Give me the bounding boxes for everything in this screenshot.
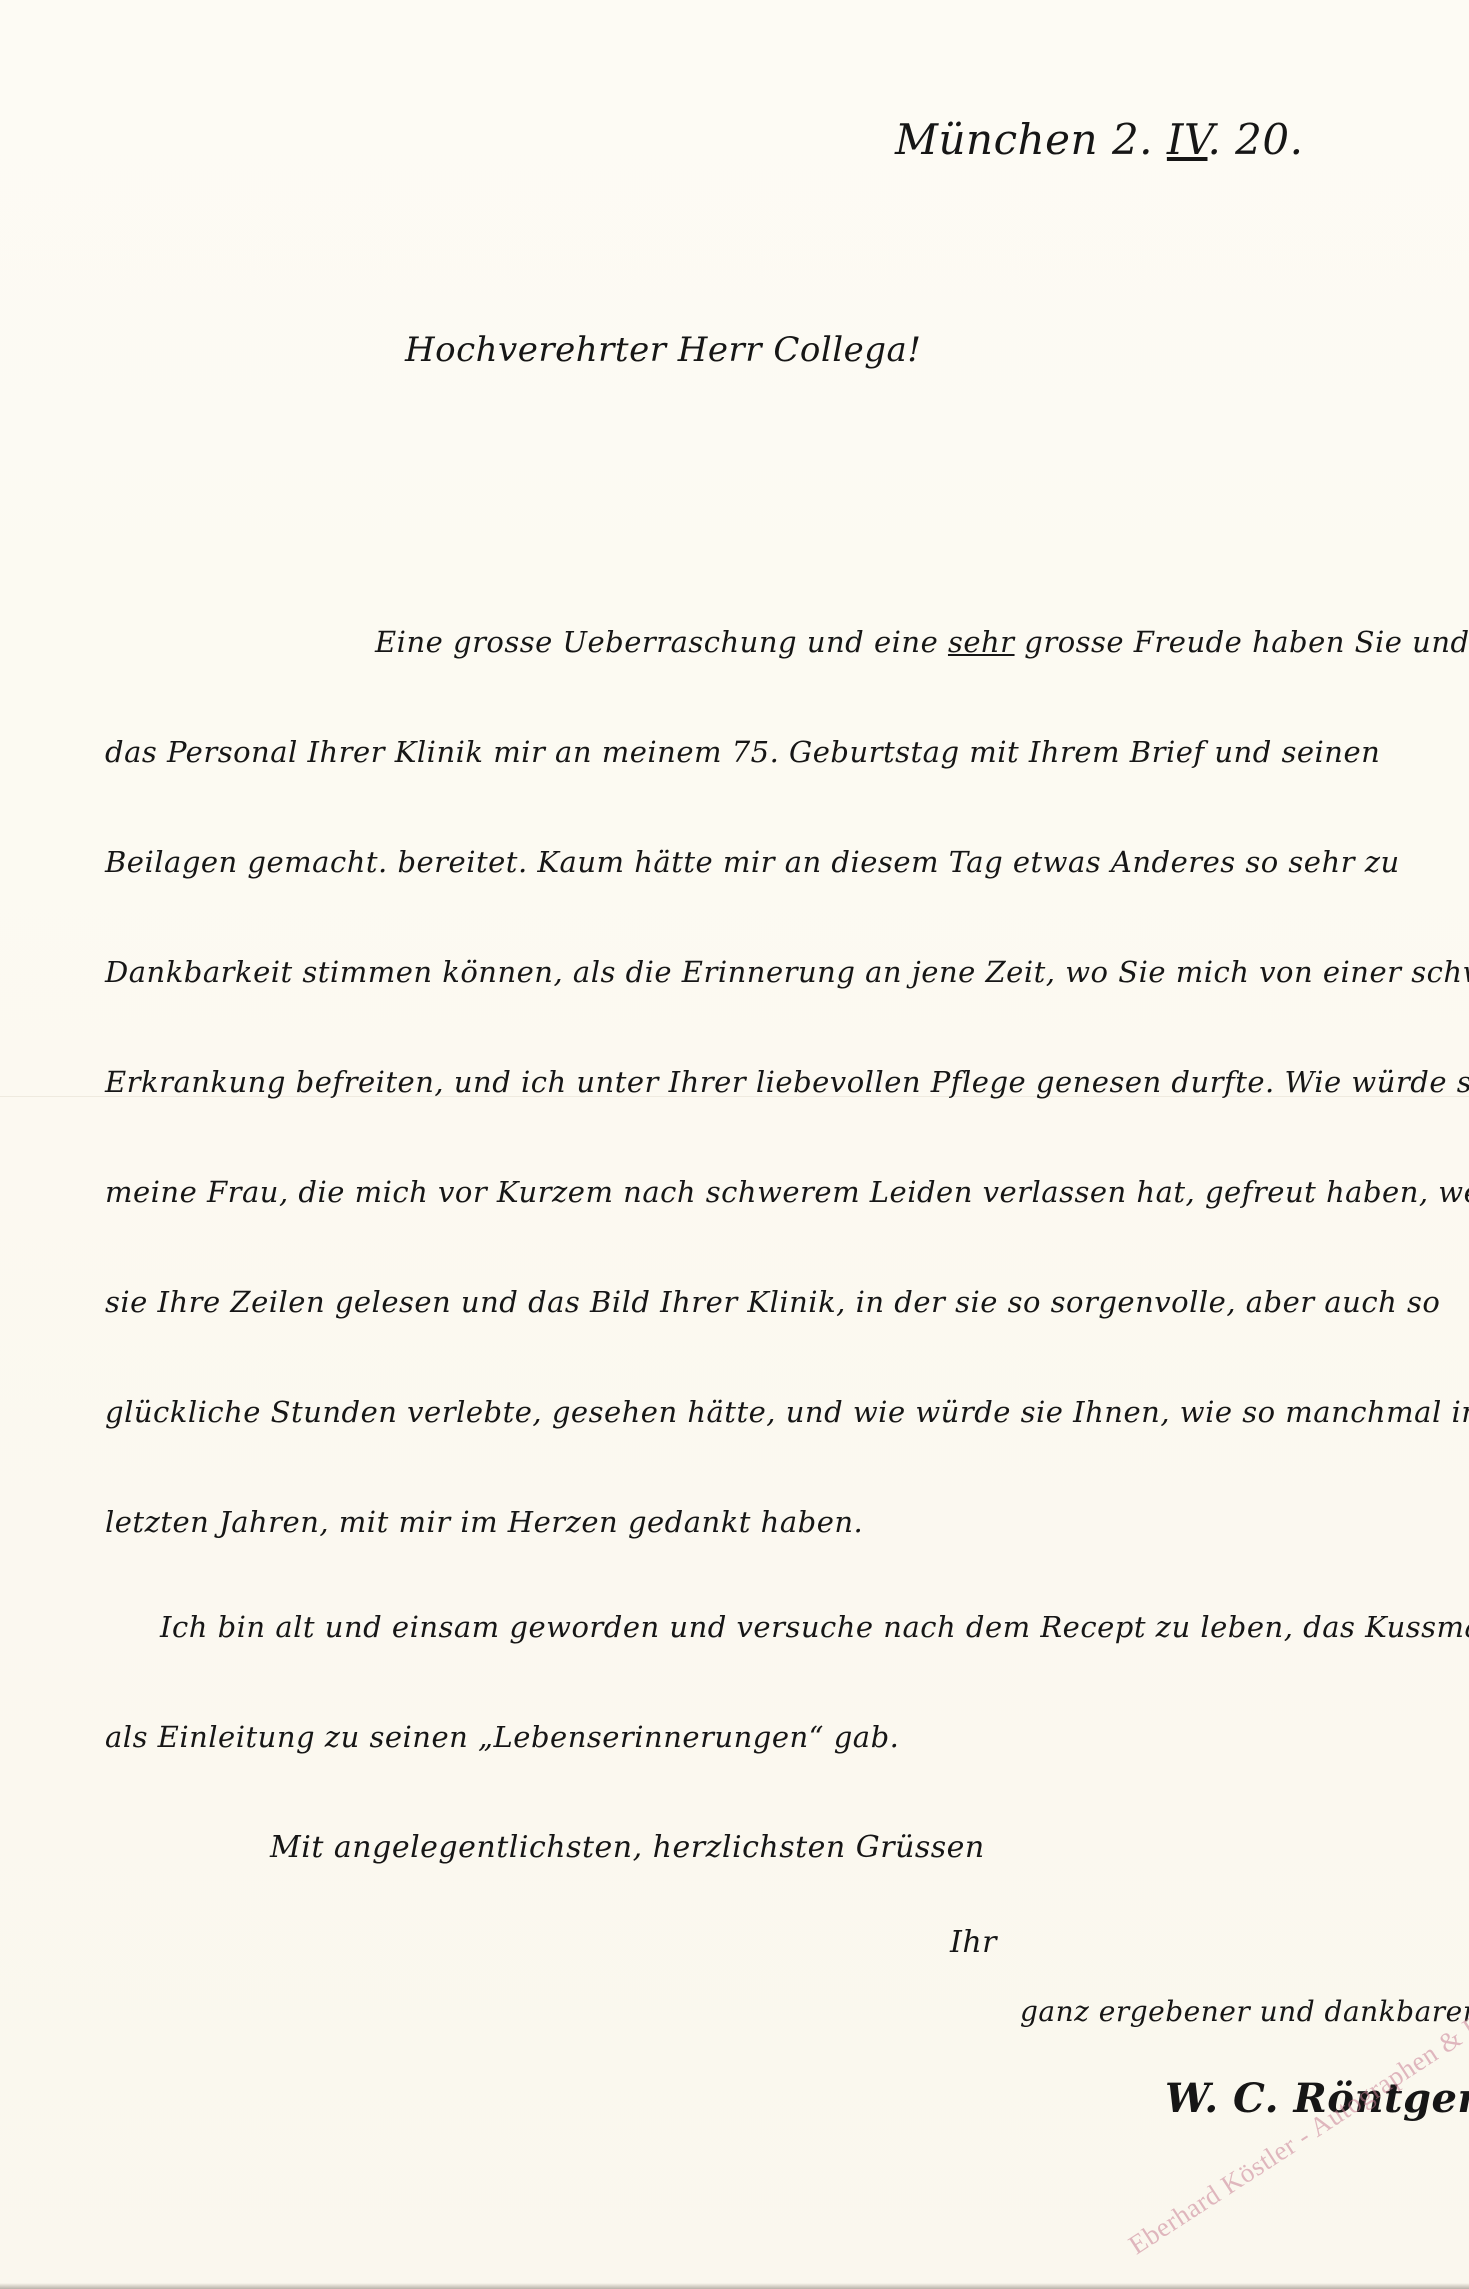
body-line: als Einleitung zu seinen „Lebenserinneru…	[105, 1720, 899, 1754]
day: 2.	[1112, 115, 1153, 164]
body-line: Ich bin alt und einsam geworden und vers…	[160, 1610, 1469, 1644]
place: München	[895, 115, 1098, 164]
body-line: sie Ihre Zeilen gelesen und das Bild Ihr…	[105, 1285, 1440, 1319]
place-date: München 2. IV. 20.	[895, 115, 1303, 164]
body-line: Erkrankung befreiten, und ich unter Ihre…	[105, 1065, 1469, 1099]
letter-page: München 2. IV. 20. Hochverehrter Herr Co…	[0, 0, 1469, 2289]
month-roman: IV	[1167, 115, 1208, 164]
body-line: Beilagen gemacht. bereitet. Kaum hätte m…	[105, 845, 1400, 879]
year: . 20.	[1207, 115, 1303, 164]
salutation: Hochverehrter Herr Collega!	[405, 330, 921, 370]
body-line: Dankbarkeit stimmen können, als die Erin…	[105, 955, 1469, 989]
body-line: glückliche Stunden verlebte, gesehen hät…	[105, 1395, 1469, 1429]
closing-yours: Ihr	[950, 1925, 997, 1960]
body-line-start: Eine grosse Ueberraschung und eine	[375, 625, 938, 659]
body-line-end: grosse Freude haben Sie und	[1024, 625, 1469, 659]
complimentary-close: ganz ergebener und dankbarer	[1020, 1995, 1469, 2028]
body-line: meine Frau, die mich vor Kurzem nach sch…	[105, 1175, 1469, 1209]
body-line: letzten Jahren, mit mir im Herzen gedank…	[105, 1505, 863, 1539]
page-bottom-edge	[0, 2283, 1469, 2289]
emphasized-word: sehr	[948, 625, 1015, 659]
closing-greeting: Mit angelegentlichsten, herzlichsten Grü…	[270, 1830, 985, 1865]
body-line: das Personal Ihrer Klinik mir an meinem …	[105, 735, 1380, 769]
body-line: Eine grosse Ueberraschung und eine sehr …	[375, 625, 1469, 659]
